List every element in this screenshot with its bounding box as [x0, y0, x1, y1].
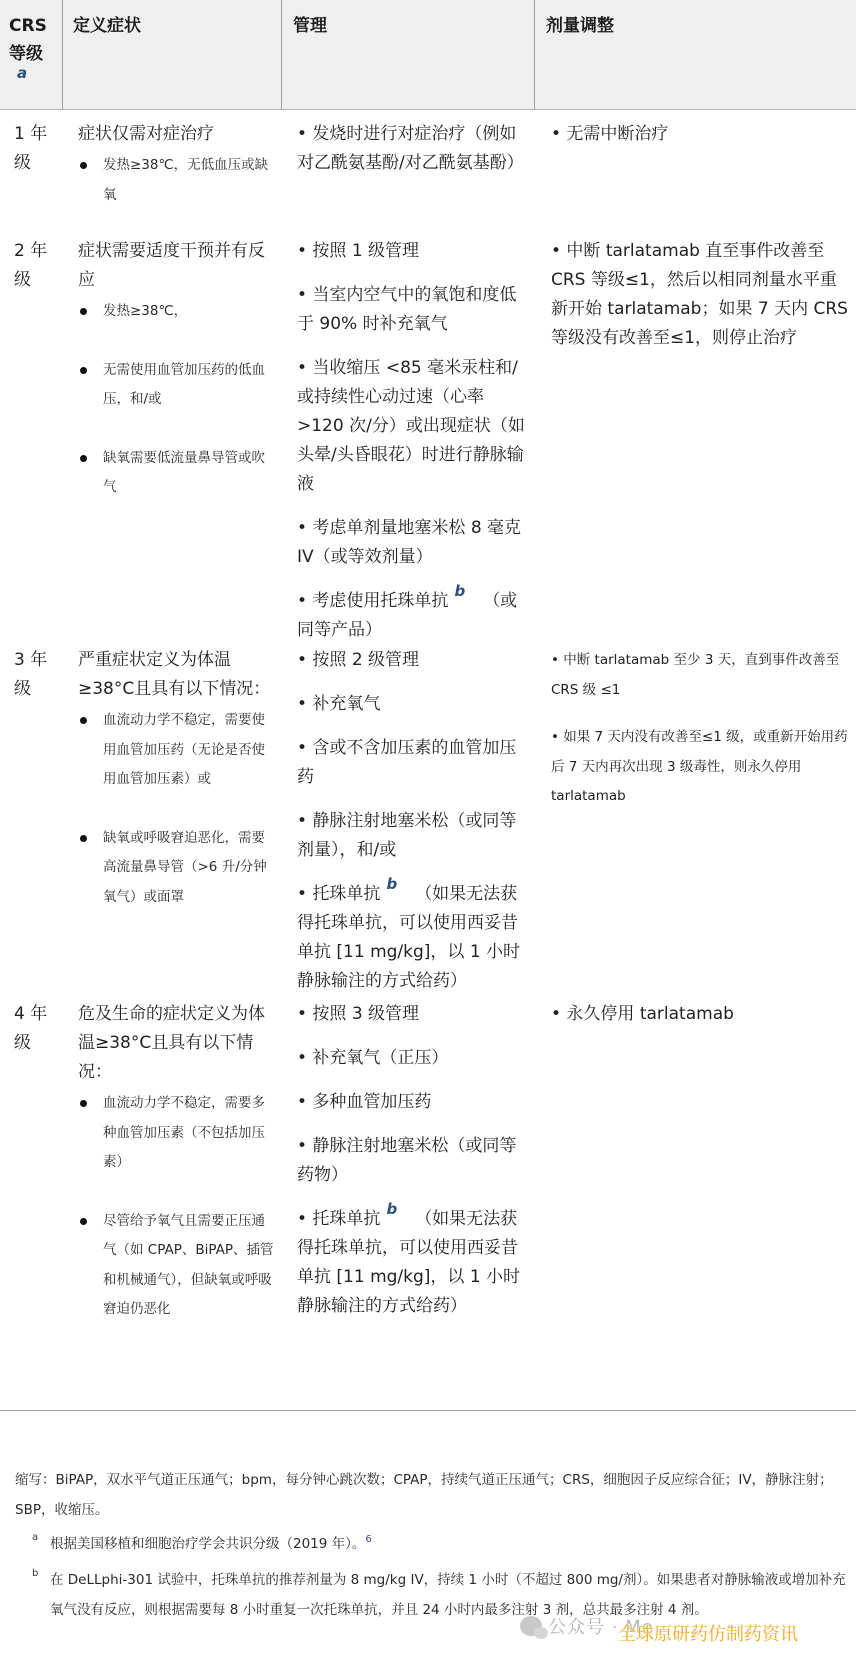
header-definition: 定义症状: [62, 0, 281, 110]
management-item: • 按照 2 级管理: [297, 646, 525, 675]
definition-bullet: 血流动力学不稳定，需要使用血管加压药（无论是否使用血管加压素）或: [78, 706, 278, 795]
definition-bullet: 缺氧或呼吸窘迫恶化，需要高流量鼻导管（>6 升/分钟氧气）或面罩: [78, 824, 278, 913]
management-item: • 多种血管加压药: [297, 1088, 525, 1117]
dose-adjustment-cell: • 永久停用 tarlatamab: [551, 1000, 851, 1029]
management-item: • 按照 3 级管理: [297, 1000, 525, 1029]
management-item: • 含或不含加压素的血管加压药: [297, 734, 525, 792]
table-row-grade-2: 2 年级 症状需要适度干预并有反应 发热≥38℃， 无需使用血管加压药的低血压，…: [0, 237, 856, 637]
dose-adjustment-cell: • 无需中断治疗: [551, 120, 851, 149]
management-item: • 静脉注射地塞米松（或同等剂量），和/或: [297, 807, 525, 865]
dose-item: • 无需中断治疗: [551, 120, 851, 149]
footnote-b-link[interactable]: b: [386, 875, 397, 893]
management-item: • 发烧时进行对症治疗（例如对乙酰氨基酚/对乙酰氨基酚）: [297, 120, 525, 178]
header-management: 管理: [281, 0, 534, 110]
crs-grading-table: CRS 等级 a 定义症状 管理 剂量调整 1 年级 症状仅需对症治疗 发热≥3…: [0, 0, 856, 110]
definition-list: 发热≥38℃， 无需使用血管加压药的低血压，和/或 缺氧需要低流量鼻导管或吹气: [78, 297, 278, 503]
management-cell: • 按照 3 级管理 • 补充氧气（正压） • 多种血管加压药 • 静脉注射地塞…: [297, 1000, 525, 1321]
management-item: • 按照 1 级管理: [297, 237, 525, 266]
dose-item: • 如果 7 天内没有改善至≤1 级，或重新开始用药后 7 天内再次出现 3 级…: [551, 723, 851, 812]
definition-cell: 严重症状定义为体温≥38°C且具有以下情况： 血流动力学不稳定，需要使用血管加压…: [78, 646, 278, 912]
footnote-b: b 在 DeLLphi-301 试验中，托珠单抗的推荐剂量为 8 mg/kg I…: [15, 1565, 856, 1625]
table-bottom-divider: [0, 1410, 856, 1411]
dose-adjustment-cell: • 中断 tarlatamab 直至事件改善至 CRS 等级≤1，然后以相同剂量…: [551, 237, 851, 353]
definition-lead: 症状仅需对症治疗: [78, 120, 278, 149]
definition-bullet: 无需使用血管加压药的低血压，和/或: [78, 356, 278, 415]
grade-label: 4 年级: [14, 1000, 58, 1058]
grade-label: 2 年级: [14, 237, 58, 295]
footnote-a: a 根据美国移植和细胞治疗学会共识分级（2019 年）。6: [15, 1529, 856, 1561]
management-item: • 静脉注射地塞米松（或同等药物）: [297, 1132, 525, 1190]
footnote-b-link[interactable]: b: [454, 582, 465, 600]
management-item-text: • 托珠单抗: [297, 884, 380, 904]
definition-list: 血流动力学不稳定，需要使用血管加压药（无论是否使用血管加压素）或 缺氧或呼吸窘迫…: [78, 706, 278, 912]
definition-bullet: 血流动力学不稳定，需要多种血管加压素（不包括加压素）: [78, 1089, 278, 1178]
abbreviations-note: 缩写：BiPAP，双水平气道正压通气；bpm，每分钟心跳次数；CPAP，持续气道…: [15, 1465, 856, 1525]
grade-label: 1 年级: [14, 120, 58, 178]
footnote-a-link[interactable]: a: [9, 66, 62, 80]
management-item: • 托珠单抗b（如果无法获得托珠单抗，可以使用西妥昔单抗 [11 mg/kg]，…: [297, 880, 525, 996]
definition-list: 血流动力学不稳定，需要多种血管加压素（不包括加压素） 尽管给予氧气且需要正压通气…: [78, 1089, 278, 1325]
header-grade-label: CRS 等级: [9, 12, 49, 68]
definition-bullet: 尽管给予氧气且需要正压通气（如 CPAP、BiPAP、插管和机械通气），但缺氧或…: [78, 1207, 278, 1325]
management-item: • 当室内空气中的氧饱和度低于 90% 时补充氧气: [297, 281, 525, 339]
table-header: CRS 等级 a 定义症状 管理 剂量调整: [0, 0, 856, 110]
definition-bullet: 发热≥38℃，无低血压或缺氧: [78, 151, 278, 210]
footnote-a-text: 根据美国移植和细胞治疗学会共识分级（2019 年）。: [50, 1536, 365, 1552]
definition-cell: 危及生命的症状定义为体温≥38°C且具有以下情况： 血流动力学不稳定，需要多种血…: [78, 1000, 278, 1325]
management-item-text: • 托珠单抗: [297, 1209, 380, 1229]
table-row-grade-4: 4 年级 危及生命的症状定义为体温≥38°C且具有以下情况： 血流动力学不稳定，…: [0, 1000, 856, 1400]
definition-cell: 症状需要适度干预并有反应 发热≥38℃， 无需使用血管加压药的低血压，和/或 缺…: [78, 237, 278, 503]
table-row-grade-1: 1 年级 症状仅需对症治疗 发热≥38℃，无低血压或缺氧 • 发烧时进行对症治疗…: [0, 120, 856, 230]
definition-lead: 危及生命的症状定义为体温≥38°C且具有以下情况：: [78, 1000, 278, 1087]
grade-label: 3 年级: [14, 646, 58, 704]
definition-lead: 严重症状定义为体温≥38°C且具有以下情况：: [78, 646, 278, 704]
management-item: • 考虑单剂量地塞米松 8 毫克 IV（或等效剂量）: [297, 514, 525, 572]
footnote-b-link[interactable]: b: [386, 1200, 397, 1218]
management-item: • 补充氧气（正压）: [297, 1044, 525, 1073]
dose-item: • 中断 tarlatamab 直至事件改善至 CRS 等级≤1，然后以相同剂量…: [551, 237, 851, 353]
dose-item: • 中断 tarlatamab 至少 3 天，直到事件改善至 CRS 级 ≤1: [551, 646, 851, 705]
management-cell: • 发烧时进行对症治疗（例如对乙酰氨基酚/对乙酰氨基酚）: [297, 120, 525, 178]
management-item: • 托珠单抗b（如果无法获得托珠单抗，可以使用西妥昔单抗 [11 mg/kg]，…: [297, 1205, 525, 1321]
management-item: • 考虑使用托珠单抗b（或同等产品）: [297, 587, 525, 645]
definition-cell: 症状仅需对症治疗 发热≥38℃，无低血压或缺氧: [78, 120, 278, 210]
management-cell: • 按照 2 级管理 • 补充氧气 • 含或不含加压素的血管加压药 • 静脉注射…: [297, 646, 525, 996]
footnote-b-text: 在 DeLLphi-301 试验中，托珠单抗的推荐剂量为 8 mg/kg IV，…: [35, 1565, 856, 1625]
dose-adjustment-cell: • 中断 tarlatamab 至少 3 天，直到事件改善至 CRS 级 ≤1 …: [551, 646, 851, 812]
header-grade: CRS 等级 a: [0, 0, 62, 110]
definition-list: 发热≥38℃，无低血压或缺氧: [78, 151, 278, 210]
management-item: • 补充氧气: [297, 690, 525, 719]
definition-lead: 症状需要适度干预并有反应: [78, 237, 278, 295]
footnote-a-mark: a: [32, 1523, 38, 1553]
management-item: • 当收缩压 <85 毫米汞柱和/或持续性心动过速（心率 >120 次/分）或出…: [297, 354, 525, 499]
table-row-grade-3: 3 年级 严重症状定义为体温≥38°C且具有以下情况： 血流动力学不稳定，需要使…: [0, 646, 856, 996]
table-footnotes: 缩写：BiPAP，双水平气道正压通气；bpm，每分钟心跳次数；CPAP，持续气道…: [15, 1465, 856, 1625]
management-item-text: • 考虑使用托珠单抗: [297, 591, 448, 611]
footnote-b-mark: b: [32, 1559, 38, 1589]
definition-bullet: 缺氧需要低流量鼻导管或吹气: [78, 444, 278, 503]
reference-link[interactable]: 6: [365, 1534, 371, 1545]
management-cell: • 按照 1 级管理 • 当室内空气中的氧饱和度低于 90% 时补充氧气 • 当…: [297, 237, 525, 645]
dose-item: • 永久停用 tarlatamab: [551, 1000, 851, 1029]
header-dose-adjustment: 剂量调整: [534, 0, 856, 110]
definition-bullet: 发热≥38℃，: [78, 297, 278, 327]
